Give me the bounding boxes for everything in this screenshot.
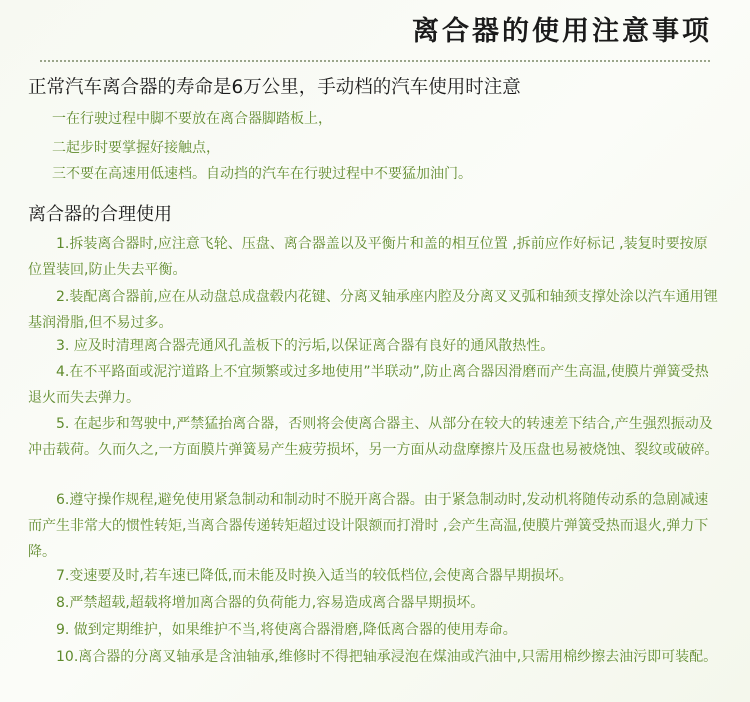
document-page: 离合器的使用注意事项 正常汽车离合器的寿命是6万公里，手动档的汽车使用时注意 一… <box>0 0 750 702</box>
page-title: 离合器的使用注意事项 <box>412 12 712 52</box>
usage-item-3: 3. 应及时清理离合器壳通风孔盖板下的污垢,以保证离合器有良好的通风散热性。 <box>28 333 720 359</box>
tip-line-2: 二起步时要掌握好接触点， <box>52 138 220 158</box>
section-heading-proper-use: 离合器的合理使用 <box>28 203 172 227</box>
tip-line-1: 一在行驶过程中脚不要放在离合器脚踏板上， <box>52 109 332 129</box>
usage-item-9: 9. 做到定期维护，如果维护不当,将使离合器滑磨,降低离合器的使用寿命。 <box>28 617 720 643</box>
usage-item-1: 1.拆装离合器时,应注意飞轮、压盘、离合器盖以及平衡片和盖的相互位置 ,拆前应作… <box>28 231 720 283</box>
usage-item-7: 7.变速要及时,若车速已降低,而未能及时换入适当的较低档位,会使离合器早期损坏。 <box>28 563 720 589</box>
section-heading-lifespan: 正常汽车离合器的寿命是6万公里，手动档的汽车使用时注意 <box>28 76 521 100</box>
usage-item-4: 4.在不平路面或泥泞道路上不宜频繁或过多地使用”半联动”,防止离合器因滑磨而产生… <box>28 359 720 411</box>
usage-item-2: 2.装配离合器前,应在从动盘总成盘毂内花键、分离叉轴承座内腔及分离叉叉弧和轴颈支… <box>28 284 720 336</box>
tip-line-3: 三不要在高速用低速档。自动挡的汽车在行驶过程中不要猛加油门。 <box>52 164 472 184</box>
usage-item-10: 10.离合器的分离叉轴承是含油轴承,维修时不得把轴承浸泡在煤油或汽油中,只需用棉… <box>28 644 720 670</box>
usage-item-5: 5. 在起步和驾驶中,严禁猛抬离合器，否则将会使离合器主、从部分在较大的转速差下… <box>28 411 720 463</box>
usage-item-6: 6.遵守操作规程,避免使用紧急制动和制动时不脱开离合器。由于紧急制动时,发动机将… <box>28 487 720 565</box>
dotted-divider <box>40 60 710 62</box>
usage-item-8: 8.严禁超载,超载将增加离合器的负荷能力,容易造成离合器早期损坏。 <box>28 590 720 616</box>
